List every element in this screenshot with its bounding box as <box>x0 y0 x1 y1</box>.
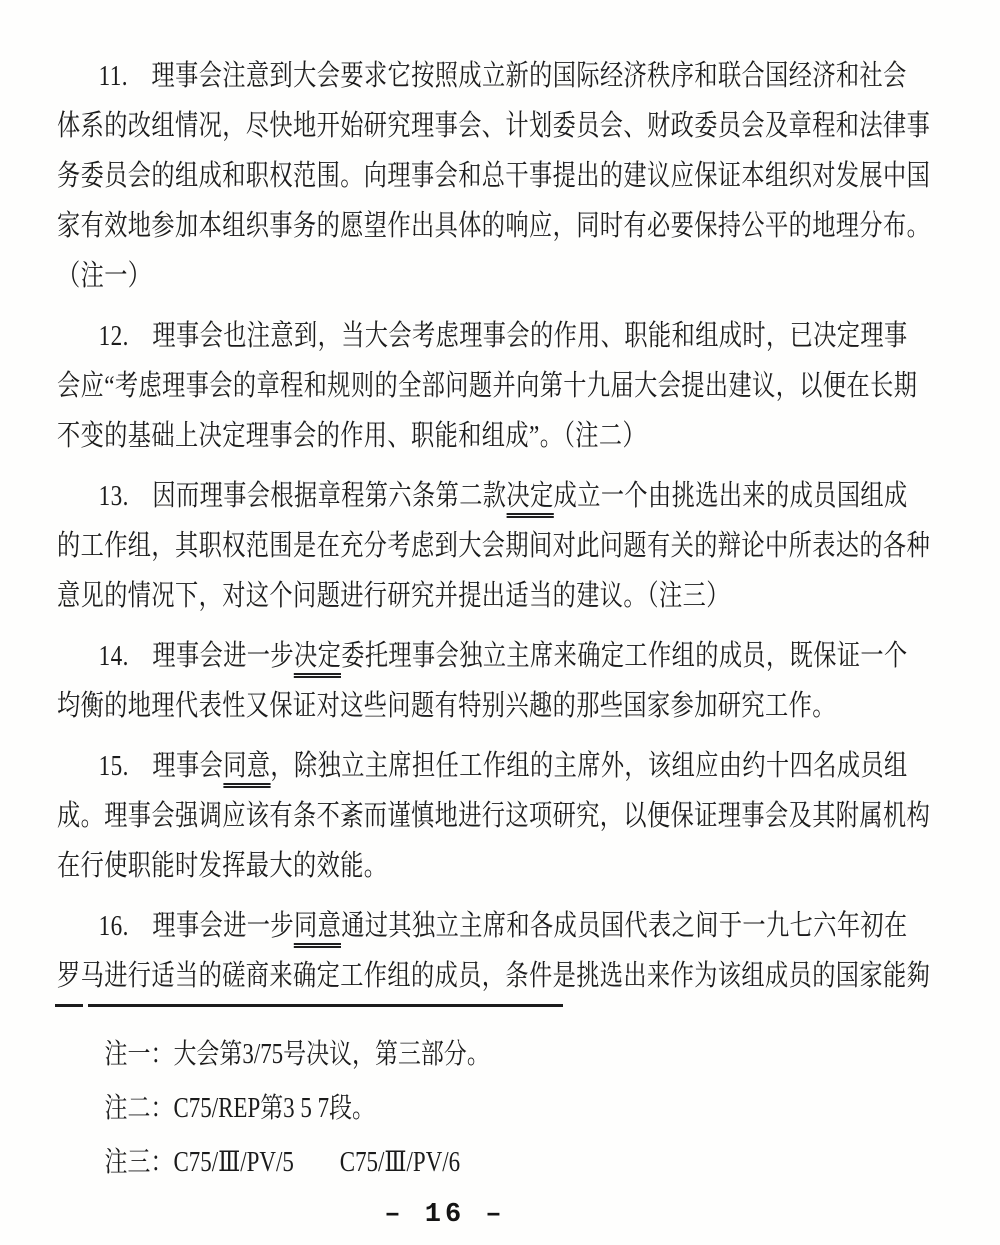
paragraph-15: 15. 理事会同意，除独立主席担任工作组的主席外，该组应由约十四名成员组成。理事… <box>57 741 949 891</box>
text-line: 会应“考虑理事会的章程和规则的全部问题并向第十九届大会提出建议，以便在长期 <box>57 361 949 411</box>
text-line: 的工作组，其职权范围是在充分考虑到大会期间对此问题有关的辩论中所表达的各种 <box>57 521 949 571</box>
text-run: 13. 因而理事会根据章程第六条第二款 <box>99 480 507 512</box>
footnote-divider <box>55 1004 563 1007</box>
paragraph-12: 12. 理事会也注意到，当大会考虑理事会的作用、职能和组成时，已决定理事会应“考… <box>57 311 949 461</box>
text-line: 12. 理事会也注意到，当大会考虑理事会的作用、职能和组成时，已决定理事 <box>57 311 991 361</box>
text-line: 16. 理事会进一步同意通过其独立主席和各成员国代表之间于一九七六年初在 <box>57 901 991 951</box>
underlined-term: 同意 <box>223 750 270 788</box>
underlined-term: 决定 <box>294 640 341 678</box>
footnote-1: 注一：大会第3/75号决议，第三部分。 <box>57 1028 998 1082</box>
text-run: 不变的基础上决定理事会的作用、职能和组成”。（注二） <box>57 420 646 452</box>
underlined-term: 同意 <box>294 910 341 948</box>
document-page: 11. 理事会注意到大会要求它按照成立新的国际经济秩序和联合国经济和社会体系的改… <box>0 0 1000 1245</box>
text-run: 会应“考虑理事会的章程和规则的全部问题并向第十九届大会提出建议，以便在长期 <box>57 370 917 402</box>
footnote-label: 注三： <box>105 1147 174 1178</box>
text-run: 通过其独立主席和各成员国代表之间于一九七六年初在 <box>341 910 907 942</box>
text-run: 12. 理事会也注意到，当大会考虑理事会的作用、职能和组成时，已决定理事 <box>99 320 908 352</box>
text-line: 13. 因而理事会根据章程第六条第二款决定成立一个由挑选出来的成员国组成 <box>57 471 991 521</box>
text-run: 成。理事会强调应该有条不紊而谨慎地进行这项研究，以便保证理事会及其附属机构 <box>57 800 930 832</box>
underlined-term: 决定 <box>506 480 553 518</box>
text-run: 11. 理事会注意到大会要求它按照成立新的国际经济秩序和联合国经济和社会 <box>99 60 907 92</box>
paragraph-13: 13. 因而理事会根据章程第六条第二款决定成立一个由挑选出来的成员国组成的工作组… <box>57 471 949 621</box>
footnote-text: C75/Ⅲ/PV/5 C75/Ⅲ/PV/6 <box>173 1147 460 1178</box>
text-run: 的工作组，其职权范围是在充分考虑到大会期间对此问题有关的辩论中所表达的各种 <box>57 530 930 562</box>
text-run: 14. 理事会进一步 <box>99 640 294 672</box>
text-line: 成。理事会强调应该有条不紊而谨慎地进行这项研究，以便保证理事会及其附属机构 <box>57 791 949 841</box>
text-line: 体系的改组情况，尽快地开始研究理事会、计划委员会、财政委员会及章程和法律事 <box>57 101 949 151</box>
page-number: – 16 – <box>0 1200 890 1230</box>
text-run: 体系的改组情况，尽快地开始研究理事会、计划委员会、财政委员会及章程和法律事 <box>57 110 930 142</box>
text-line: （注一） <box>57 251 949 301</box>
text-run: 均衡的地理代表性又保证对这些问题有特别兴趣的那些国家参加研究工作。 <box>57 690 836 722</box>
text-line: 14. 理事会进一步决定委托理事会独立主席来确定工作组的成员，既保证一个 <box>57 631 991 681</box>
text-run: 家有效地参加本组织事务的愿望作出具体的响应，同时有必要保持公平的地理分布。 <box>57 210 930 242</box>
footnote-label: 注二： <box>105 1093 174 1124</box>
text-run: 15. 理事会 <box>99 750 224 782</box>
text-run: 16. 理事会进一步 <box>99 910 294 942</box>
text-run: ，除独立主席担任工作组的主席外，该组应由约十四名成员组 <box>270 750 907 782</box>
paragraph-16: 16. 理事会进一步同意通过其独立主席和各成员国代表之间于一九七六年初在罗马进行… <box>57 901 949 1001</box>
text-line: 意见的情况下，对这个问题进行研究并提出适当的建议。（注三） <box>57 571 949 621</box>
text-run: 在行使职能时发挥最大的效能。 <box>57 850 387 882</box>
text-run: 务委员会的组成和职权范围。向理事会和总干事提出的建议应保证本组织对发展中国 <box>57 160 930 192</box>
text-line: 15. 理事会同意，除独立主席担任工作组的主席外，该组应由约十四名成员组 <box>57 741 991 791</box>
text-line: 务委员会的组成和职权范围。向理事会和总干事提出的建议应保证本组织对发展中国 <box>57 151 949 201</box>
text-line: 11. 理事会注意到大会要求它按照成立新的国际经济秩序和联合国经济和社会 <box>57 51 991 101</box>
footnotes-section: 注一：大会第3/75号决议，第三部分。注二：C75/REP第3 5 7段。注三：… <box>57 1028 949 1190</box>
text-line: 不变的基础上决定理事会的作用、职能和组成”。（注二） <box>57 411 949 461</box>
footnote-text: 大会第3/75号决议，第三部分。 <box>173 1039 489 1070</box>
footnote-3: 注三：C75/Ⅲ/PV/5 C75/Ⅲ/PV/6 <box>57 1136 998 1190</box>
text-run: （注一） <box>57 260 151 292</box>
text-run: 成立一个由挑选出来的成员国组成 <box>554 480 908 512</box>
document-body: 11. 理事会注意到大会要求它按照成立新的国际经济秩序和联合国经济和社会体系的改… <box>57 51 949 1011</box>
footnote-2: 注二：C75/REP第3 5 7段。 <box>57 1082 998 1136</box>
text-run: 委托理事会独立主席来确定工作组的成员，既保证一个 <box>341 640 907 672</box>
text-run: 意见的情况下，对这个问题进行研究并提出适当的建议。（注三） <box>57 580 730 612</box>
paragraph-14: 14. 理事会进一步决定委托理事会独立主席来确定工作组的成员，既保证一个均衡的地… <box>57 631 949 731</box>
text-run: 罗马进行适当的磋商来确定工作组的成员，条件是挑选出来作为该组成员的国家能夠 <box>57 960 930 992</box>
text-line: 均衡的地理代表性又保证对这些问题有特别兴趣的那些国家参加研究工作。 <box>57 681 949 731</box>
footnote-label: 注一： <box>105 1039 174 1070</box>
text-line: 家有效地参加本组织事务的愿望作出具体的响应，同时有必要保持公平的地理分布。 <box>57 201 949 251</box>
paragraph-11: 11. 理事会注意到大会要求它按照成立新的国际经济秩序和联合国经济和社会体系的改… <box>57 51 949 301</box>
text-line: 在行使职能时发挥最大的效能。 <box>57 841 949 891</box>
footnote-text: C75/REP第3 5 7段。 <box>173 1093 375 1124</box>
text-line: 罗马进行适当的磋商来确定工作组的成员，条件是挑选出来作为该组成员的国家能夠 <box>57 951 949 1001</box>
